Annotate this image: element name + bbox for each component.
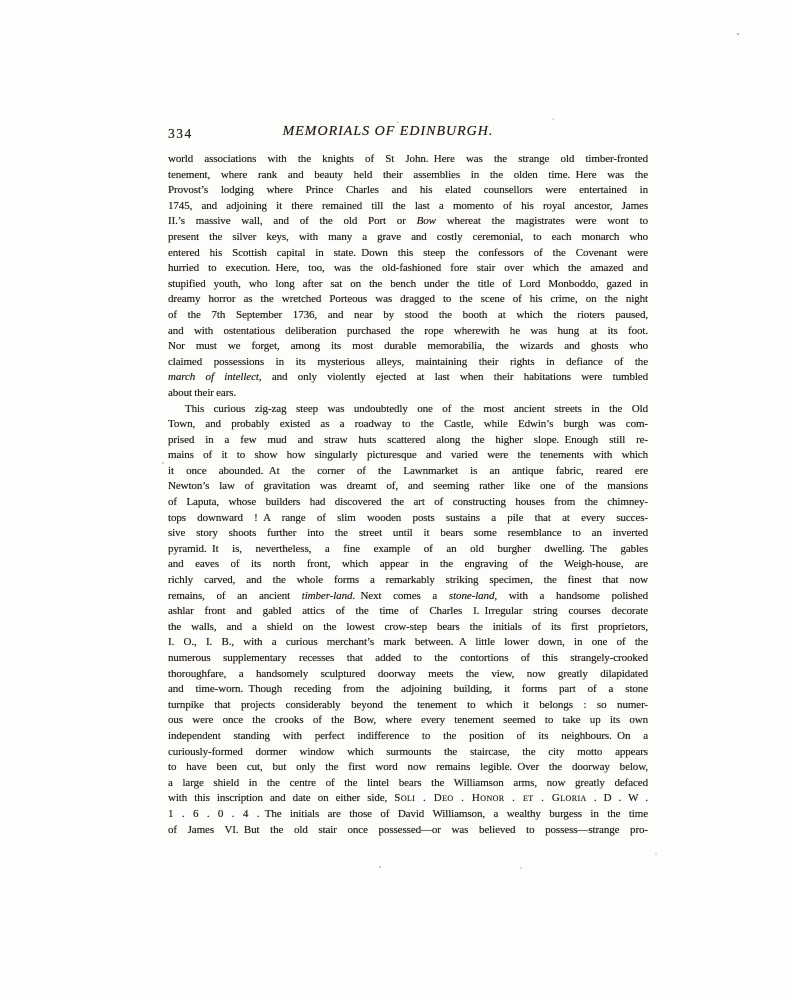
text-line: richly carved, and the whole forms a rem…: [168, 573, 648, 589]
body-text: a large shield in the centre of the lint…: [168, 777, 648, 789]
body-text: claimed possessions in its mysterious al…: [168, 356, 648, 368]
body-text: mains of it to show how singularly pictu…: [168, 449, 648, 461]
text-line: present the silver keys, with many a gra…: [168, 230, 648, 246]
book-page: 334 MEMORIALS OF EDINBURGH. world associ…: [0, 0, 790, 1000]
text-line: and with ostentatious deliberation purch…: [168, 324, 648, 340]
text-line: with this inscription and date on either…: [168, 791, 648, 807]
body-text: of Laputa, whose builders had discovered…: [168, 496, 648, 508]
text-line: 1 . 6 . 0 . 4 . The initials are those o…: [168, 807, 648, 823]
scan-speck-artifacts: [737, 33, 739, 35]
body-text: tops downward ! A range of slim wooden p…: [168, 512, 648, 524]
body-text: , with a handsome polished: [494, 590, 648, 602]
text-line: 1745, and adjoining it there remained ti…: [168, 199, 648, 215]
body-text: I. O., I. B., with a curious merchant’s …: [168, 636, 648, 648]
body-text: . D . W .: [587, 792, 648, 804]
body-text: ashlar front and gabled attics of the ti…: [168, 605, 648, 617]
text-line: a large shield in the centre of the lint…: [168, 776, 648, 792]
text-line: prised in a few mud and straw huts scatt…: [168, 433, 648, 449]
body-text: richly carved, and the whole forms a rem…: [168, 574, 648, 586]
body-text: Town, and probably existed as a roadway …: [168, 418, 648, 430]
body-text: 1745, and adjoining it there remained ti…: [168, 200, 648, 212]
body-text: and time-worn. Though receding from the …: [168, 683, 648, 695]
italic-text: Bow: [417, 215, 436, 227]
small-caps-inscription: Soli . Deo . Honor . et . Gloria: [394, 792, 586, 804]
text-line: mains of it to show how singularly pictu…: [168, 448, 648, 464]
body-text: remains, of an ancient: [168, 590, 302, 602]
text-line: curiously-formed dormer window which sur…: [168, 745, 648, 761]
text-line: tops downward ! A range of slim wooden p…: [168, 511, 648, 527]
text-line: thoroughfare, a handsomely sculptured do…: [168, 667, 648, 683]
text-column: world associations with the knights of S…: [168, 152, 648, 838]
text-line: about their ears.: [168, 386, 648, 402]
body-text: Nor must we forget, among its most durab…: [168, 340, 648, 352]
text-line: sive story shoots further into the stree…: [168, 526, 648, 542]
text-line: remains, of an ancient timber-land. Next…: [168, 589, 648, 605]
body-text: present the silver keys, with many a gra…: [168, 231, 648, 243]
text-line: I. O., I. B., with a curious merchant’s …: [168, 635, 648, 651]
text-line: dreamy horror as the wretched Porteous w…: [168, 292, 648, 308]
text-line: of the 7th September 1736, and near by s…: [168, 308, 648, 324]
body-text: world associations with the knights of S…: [168, 153, 648, 165]
body-text: Newton’s law of gravitation was dreamt o…: [168, 480, 648, 492]
text-line: and time-worn. Though receding from the …: [168, 682, 648, 698]
text-line: II.’s massive wall, and of the old Port …: [168, 214, 648, 230]
body-text: ous were once the crooks of the Bow, whe…: [168, 714, 648, 726]
text-line: entered his Scottish capital in state. D…: [168, 246, 648, 262]
text-line: and eaves of its north front, which appe…: [168, 557, 648, 573]
body-text: of James VI. But the old stair once poss…: [168, 824, 648, 836]
body-text: about their ears.: [168, 387, 236, 399]
body-text: curiously-formed dormer window which sur…: [168, 746, 648, 758]
text-line: pyramid. It is, nevertheless, a fine exa…: [168, 542, 648, 558]
body-text: dreamy horror as the wretched Porteous w…: [168, 293, 648, 305]
text-line: Newton’s law of gravitation was dreamt o…: [168, 479, 648, 495]
text-line: Provost’s lodging where Prince Charles a…: [168, 183, 648, 199]
body-text: it once abounded. At the corner of the L…: [168, 465, 648, 477]
body-text: , and only violently ejected at last whe…: [259, 371, 648, 383]
italic-text: stone-land: [449, 590, 494, 602]
italic-text: timber-land: [302, 590, 353, 602]
body-text: whereat the magistrates were wont to: [436, 215, 648, 227]
text-line: This curious zig-zag steep was undoubted…: [168, 402, 648, 418]
body-text: entered his Scottish capital in state. D…: [168, 247, 648, 259]
text-line: hurried to execution. Here, too, was the…: [168, 261, 648, 277]
body-text: sive story shoots further into the stree…: [168, 527, 648, 539]
body-text: turnpike that projects considerably beyo…: [168, 699, 648, 711]
text-line: the walls, and a shield on the lowest cr…: [168, 620, 648, 636]
text-line: stupified youth, who long after sat on t…: [168, 277, 648, 293]
body-text: 1 . 6 . 0 . 4 . The initials are those o…: [168, 808, 648, 820]
body-text: numerous supplementary recesses that add…: [168, 652, 648, 664]
body-text: the walls, and a shield on the lowest cr…: [168, 621, 648, 633]
italic-text: march of intellect: [168, 371, 259, 383]
body-text: with this inscription and date on either…: [168, 792, 394, 804]
text-line: Town, and probably existed as a roadway …: [168, 417, 648, 433]
body-text: . Next comes a: [352, 590, 449, 602]
text-line: of Laputa, whose builders had discovered…: [168, 495, 648, 511]
text-line: of James VI. But the old stair once poss…: [168, 823, 648, 839]
body-text: prised in a few mud and straw huts scatt…: [168, 434, 648, 446]
body-text: independent standing with perfect indiff…: [168, 730, 648, 742]
body-text: thoroughfare, a handsomely sculptured do…: [168, 668, 648, 680]
body-text: hurried to execution. Here, too, was the…: [168, 262, 648, 274]
body-text: Provost’s lodging where Prince Charles a…: [168, 184, 648, 196]
text-line: independent standing with perfect indiff…: [168, 729, 648, 745]
text-line: tenement, where rank and beauty held the…: [168, 168, 648, 184]
body-text: and eaves of its north front, which appe…: [168, 558, 648, 570]
body-text: to have been cut, but only the first wor…: [168, 761, 648, 773]
body-text: II.’s massive wall, and of the old Port …: [168, 215, 417, 227]
text-line: march of intellect, and only violently e…: [168, 370, 648, 386]
text-line: world associations with the knights of S…: [168, 152, 648, 168]
text-line: claimed possessions in its mysterious al…: [168, 355, 648, 371]
body-text: tenement, where rank and beauty held the…: [168, 169, 648, 181]
text-line: to have been cut, but only the first wor…: [168, 760, 648, 776]
text-line: ous were once the crooks of the Bow, whe…: [168, 713, 648, 729]
text-line: it once abounded. At the corner of the L…: [168, 464, 648, 480]
body-text: and with ostentatious deliberation purch…: [168, 325, 648, 337]
text-line: ashlar front and gabled attics of the ti…: [168, 604, 648, 620]
text-line: numerous supplementary recesses that add…: [168, 651, 648, 667]
text-line: turnpike that projects considerably beyo…: [168, 698, 648, 714]
body-text: stupified youth, who long after sat on t…: [168, 278, 648, 290]
body-text: This curious zig-zag steep was undoubted…: [185, 403, 648, 415]
text-line: Nor must we forget, among its most durab…: [168, 339, 648, 355]
body-text: of the 7th September 1736, and near by s…: [168, 309, 648, 321]
body-text: pyramid. It is, nevertheless, a fine exa…: [168, 543, 648, 555]
running-title: MEMORIALS OF EDINBURGH.: [168, 124, 608, 140]
